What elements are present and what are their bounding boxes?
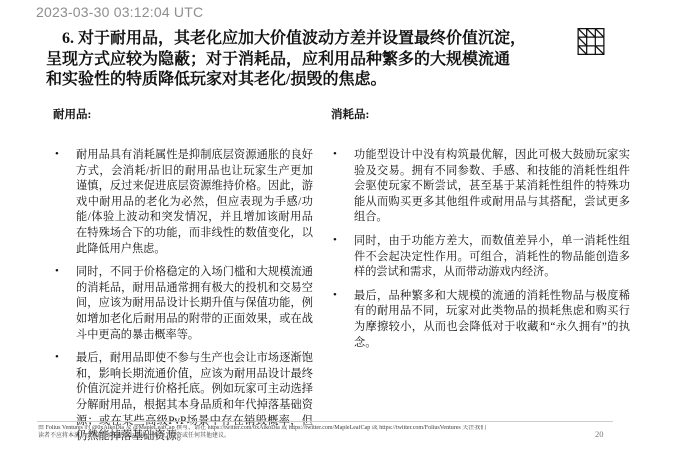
- footer: 由 Folius Ventures 的 @0xAikoDia 及 @MapleL…: [38, 425, 593, 440]
- footer-attribution-line: 由 Folius Ventures 的 @0xAikoDia 及 @MapleL…: [38, 425, 593, 433]
- consumables-bullet-list: • 功能型设计中没有构筑最优解，因此可极大鼓励玩家实验及交易。拥有不同参数、手感…: [331, 148, 630, 351]
- title-line: 和实验性的特质降低玩家对其老化/损毁的焦虑。: [46, 70, 551, 91]
- bullet-text: 最后，品种繁多和大规模的流通的消耗性物品与极度稀有的耐用品不同，玩家对此类物品的…: [354, 290, 630, 349]
- durables-column: 耐用品: • 耐用品具有消耗属性是抑制底层资源通胀的良好方式，会消耗/折旧的耐用…: [53, 106, 313, 453]
- title-line: 呈现方式应较为隐蔽；对于消耗品，应利用品种繁多的大规模流通: [46, 50, 551, 71]
- bullet-item: • 同时，不同于价格稳定的入场门槛和大规模流通的消耗品，耐用品通常拥有极大的投机…: [53, 265, 313, 343]
- slide: 2023-03-30 03:12:04 UTC 6. 对于耐用品，其老化应加大价…: [0, 0, 675, 457]
- consumables-column: 消耗品: • 功能型设计中没有构筑最优解，因此可极大鼓励玩家实验及交易。拥有不同…: [331, 106, 630, 359]
- title-line: 6. 对于耐用品，其老化应加大价值波动方差并设置最终价值沉淀，: [46, 29, 551, 50]
- bullet-item: • 同时，由于功能方差大，而数值差异小，单一消耗性组件不会起决定性作用。可组合，…: [331, 234, 630, 281]
- bullet-icon: •: [55, 350, 59, 366]
- durables-bullet-list: • 耐用品具有消耗属性是抑制底层资源通胀的良好方式，会消耗/折旧的耐用品也让玩家…: [53, 148, 313, 445]
- bullet-text: 功能型设计中没有构筑最优解，因此可极大鼓励玩家实验及交易。拥有不同参数、手感、和…: [354, 149, 630, 223]
- grid-logo-icon: [577, 28, 605, 55]
- bullet-item: • 耐用品具有消耗属性是抑制底层资源通胀的良好方式，会消耗/折旧的耐用品也让玩家…: [53, 148, 313, 257]
- durables-heading: 耐用品:: [53, 106, 313, 122]
- footer-divider: [37, 421, 613, 422]
- bullet-icon: •: [333, 233, 337, 249]
- bullet-icon: •: [333, 288, 337, 304]
- bullet-text: 同时，不同于价格稳定的入场门槛和大规模流通的消耗品，耐用品通常拥有极大的投机和交…: [76, 266, 313, 340]
- timestamp: 2023-03-30 03:12:04 UTC: [36, 4, 203, 20]
- bullet-item: • 最后，品种繁多和大规模的流通的消耗性物品与极度稀有的耐用品不同，玩家对此类物…: [331, 289, 630, 351]
- consumables-heading: 消耗品:: [331, 106, 630, 122]
- bullet-icon: •: [55, 147, 59, 163]
- bullet-item: • 功能型设计中没有构筑最优解，因此可极大鼓励玩家实验及交易。拥有不同参数、手感…: [331, 148, 630, 226]
- bullet-icon: •: [333, 147, 337, 163]
- footer-disclaimer-line: 读者不应将本演示文稿的内容解读为法律、税务、投资或任何其他建议。: [38, 433, 593, 441]
- bullet-text: 耐用品具有消耗属性是抑制底层资源通胀的良好方式，会消耗/折旧的耐用品也让玩家生产…: [76, 149, 313, 255]
- bullet-icon: •: [55, 264, 59, 280]
- page-number: 20: [595, 429, 604, 439]
- bullet-text: 同时，由于功能方差大，而数值差异小，单一消耗性组件不会起决定性作用。可组合，消耗…: [354, 235, 630, 278]
- page-title: 6. 对于耐用品，其老化应加大价值波动方差并设置最终价值沉淀， 呈现方式应较为隐…: [46, 29, 551, 91]
